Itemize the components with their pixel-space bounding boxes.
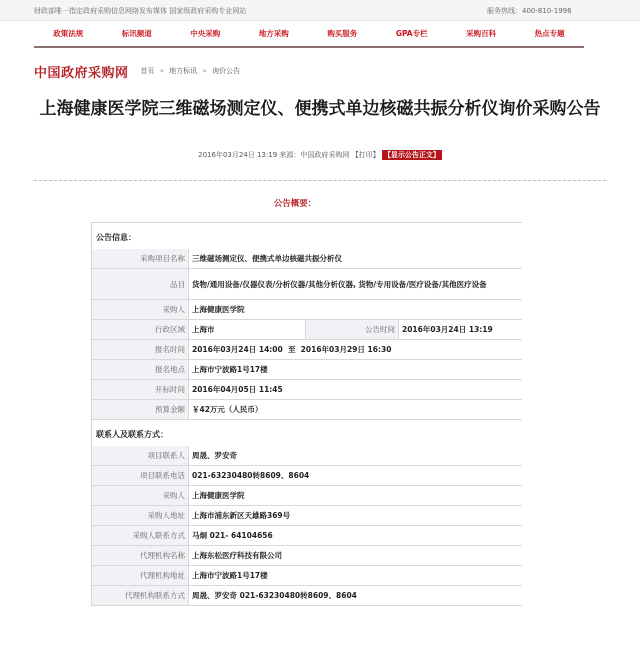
field-label: 代理机构名称 xyxy=(92,546,189,566)
table-row: 采购人联系方式 马炯 021- 64104656 xyxy=(92,526,522,546)
purchaser-contact: 马炯 021- 64104656 xyxy=(189,526,523,546)
nav-hot-topics[interactable]: 热点专题 xyxy=(535,28,565,39)
contact-section-title: 联系人及联系方式： xyxy=(92,420,522,446)
signup-time: 2016年03月24日 14:00 至 2016年03月29日 16:30 xyxy=(189,340,523,360)
nav-encyclopedia[interactable]: 采购百科 xyxy=(466,28,496,39)
project-phone: 021-63230480转8609、8604 xyxy=(189,466,523,486)
agency-name: 上海东松医疗科技有限公司 xyxy=(189,546,523,566)
field-label: 代理机构联系方式 xyxy=(92,586,189,606)
print-link[interactable]: 【打印】 xyxy=(352,151,380,159)
divider xyxy=(34,180,606,181)
table-row: 报名地点 上海市宁波路1号17楼 xyxy=(92,360,522,380)
nav-central-procurement[interactable]: 中央采购 xyxy=(190,28,220,39)
field-label: 采购人 xyxy=(92,300,189,320)
field-label: 公告时间 xyxy=(306,320,399,340)
field-label: 报名地点 xyxy=(92,360,189,380)
table-row: 采购人 上海健康医学院 xyxy=(92,486,522,506)
table-row: 代理机构地址 上海市宁波路1号17楼 xyxy=(92,566,522,586)
breadcrumb-local-bids[interactable]: 地方标讯 xyxy=(169,67,197,75)
source-name: 中国政府采购网 xyxy=(300,151,349,159)
info-table: 采购项目名称 三维磁场测定仪、便携式单边核磁共振分析仪 品目 货物/通用设备/仪… xyxy=(92,249,522,420)
page-title: 上海健康医学院三维磁场测定仪、便携式单边核磁共振分析仪询价采购公告 xyxy=(30,97,610,121)
field-label: 采购人联系方式 xyxy=(92,526,189,546)
site-slogan: 财政部唯一指定政府采购信息网络发布媒体 国家级政府采购专业网站 xyxy=(34,6,246,16)
breadcrumb: 首页 » 地方标讯 » 询价公告 xyxy=(141,66,241,76)
contact-table: 项目联系人 周晟、罗安奇 项目联系电话 021-63230480转8609、86… xyxy=(92,446,522,606)
breadcrumb-separator: » xyxy=(160,67,164,75)
field-label: 代理机构地址 xyxy=(92,566,189,586)
table-row: 开标时间 2016年04月05日 11:45 xyxy=(92,380,522,400)
nav-policy[interactable]: 政策法规 xyxy=(53,28,83,39)
brand-bar: 中国政府采购网 首页 » 地方标讯 » 询价公告 xyxy=(34,63,240,79)
purchaser-address: 上海市浦东新区天雄路369号 xyxy=(189,506,523,526)
field-label: 品目 xyxy=(92,269,189,300)
publish-date: 2016年03月24日 13:19 xyxy=(198,151,277,159)
signup-place: 上海市宁波路1号17楼 xyxy=(189,360,523,380)
field-label: 预算金额 xyxy=(92,400,189,420)
table-row: 采购人地址 上海市浦东新区天雄路369号 xyxy=(92,506,522,526)
table-row: 采购项目名称 三维磁场测定仪、便携式单边核磁共振分析仪 xyxy=(92,249,522,269)
purchaser: 上海健康医学院 xyxy=(189,300,523,320)
nav-gpa[interactable]: GPA专栏 xyxy=(396,28,428,39)
table-row: 采购人 上海健康医学院 xyxy=(92,300,522,320)
table-row: 代理机构联系方式 周晟、罗安奇 021-63230480转8609、8604 xyxy=(92,586,522,606)
project-name: 三维磁场测定仪、便携式单边核磁共振分析仪 xyxy=(189,249,523,269)
summary-box: 公告信息： 采购项目名称 三维磁场测定仪、便携式单边核磁共振分析仪 品目 货物/… xyxy=(91,222,522,606)
opening-time: 2016年04月05日 11:45 xyxy=(189,380,523,400)
source-label: 来源： xyxy=(279,151,300,159)
table-row: 预算金额 ￥42万元（人民币） xyxy=(92,400,522,420)
nav-bidding-channel[interactable]: 标讯频道 xyxy=(122,28,152,39)
article-meta: 2016年03月24日 13:19 来源：中国政府采购网 【打印】 【显示公告正… xyxy=(0,150,640,160)
table-row: 行政区域 上海市 公告时间 2016年03月24日 13:19 xyxy=(92,320,522,340)
agency-address: 上海市宁波路1号17楼 xyxy=(189,566,523,586)
contact-purchaser: 上海健康医学院 xyxy=(189,486,523,506)
field-label: 项目联系电话 xyxy=(92,466,189,486)
table-row: 项目联系人 周晟、罗安奇 xyxy=(92,446,522,466)
site-logo[interactable]: 中国政府采购网 xyxy=(34,62,129,81)
table-row: 代理机构名称 上海东松医疗科技有限公司 xyxy=(92,546,522,566)
show-notice-text-button[interactable]: 【显示公告正文】 xyxy=(382,150,442,160)
field-label: 行政区域 xyxy=(92,320,189,340)
region: 上海市 xyxy=(189,320,306,340)
project-contact: 周晟、罗安奇 xyxy=(189,446,523,466)
breadcrumb-separator: » xyxy=(203,67,207,75)
info-section-title: 公告信息： xyxy=(92,223,522,249)
field-label: 采购人 xyxy=(92,486,189,506)
category: 货物/通用设备/仪器仪表/分析仪器/其他分析仪器, 货物/专用设备/医疗设备/其… xyxy=(189,269,523,300)
service-hotline: 服务热线：400-810-1996 xyxy=(487,6,572,16)
field-label: 报名时间 xyxy=(92,340,189,360)
field-label: 项目联系人 xyxy=(92,446,189,466)
budget: ￥42万元（人民币） xyxy=(189,400,523,420)
field-label: 开标时间 xyxy=(92,380,189,400)
table-row: 品目 货物/通用设备/仪器仪表/分析仪器/其他分析仪器, 货物/专用设备/医疗设… xyxy=(92,269,522,300)
field-label: 采购项目名称 xyxy=(92,249,189,269)
summary-heading: 公告概要： xyxy=(0,197,590,209)
breadcrumb-home[interactable]: 首页 xyxy=(141,67,155,75)
publish-time: 2016年03月24日 13:19 xyxy=(399,320,523,340)
field-label: 采购人地址 xyxy=(92,506,189,526)
main-nav: 政策法规 标讯频道 中央采购 地方采购 购买服务 GPA专栏 采购百科 热点专题 xyxy=(34,28,584,48)
table-row: 项目联系电话 021-63230480转8609、8604 xyxy=(92,466,522,486)
table-row: 报名时间 2016年03月24日 14:00 至 2016年03月29日 16:… xyxy=(92,340,522,360)
breadcrumb-inquiry-notice[interactable]: 询价公告 xyxy=(212,67,240,75)
nav-local-procurement[interactable]: 地方采购 xyxy=(259,28,289,39)
top-bar: 财政部唯一指定政府采购信息网络发布媒体 国家级政府采购专业网站 服务热线：400… xyxy=(0,0,640,21)
nav-purchase-services[interactable]: 购买服务 xyxy=(327,28,357,39)
agency-contact: 周晟、罗安奇 021-63230480转8609、8604 xyxy=(189,586,523,606)
